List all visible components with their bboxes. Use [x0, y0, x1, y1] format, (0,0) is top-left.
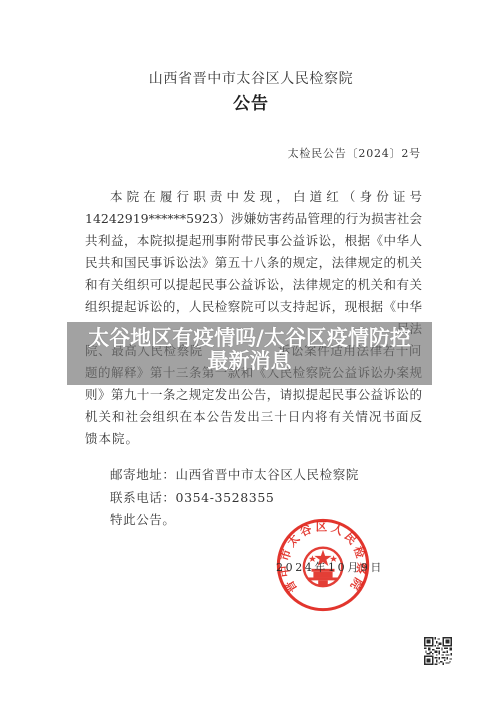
headline-overlay-banner: 太谷地区有疫情吗/太谷区疫情防控 最新消息 — [67, 322, 432, 385]
organization-title: 山西省晋中市太谷区人民检察院 — [0, 71, 500, 87]
mailing-address: 邮寄地址：山西省晋中市太谷区人民检察院 — [110, 464, 359, 487]
notice-body: 本院在履行职责中发现，白道红（身份证号 14242919******5923）涉… — [85, 186, 422, 450]
mailing-address-value: 山西省晋中市太谷区人民检察院 — [176, 467, 359, 482]
reference-number: 太检民公告〔2024〕2号 — [288, 147, 421, 160]
body-line: 和有关组织可以提起民事公益诉讼，法律规定的机关和有关 — [85, 274, 422, 296]
qr-code-icon — [424, 637, 452, 665]
headline-title: 太谷地区有疫情吗/太谷区疫情防控 — [67, 327, 432, 350]
body-line: 机关和社会组织在本公告发出三十日内将有关情况书面反 — [85, 406, 422, 428]
body-line: 本院在履行职责中发现，白道红（身份证号 — [85, 186, 422, 208]
mailing-address-label: 邮寄地址： — [110, 467, 176, 482]
contact-phone-label: 联系电话： — [110, 490, 176, 505]
body-line: 组织提起诉讼的，人民检察院可以支持起诉，现根据《中华 — [85, 296, 422, 318]
body-line: 民共和国民事诉讼法》第五十八条的规定，法律规定的机关 — [85, 252, 422, 274]
body-line: 馈本院。 — [85, 428, 422, 450]
body-line: 14242919******5923）涉嫌妨害药品管理的行为损害社会公 — [85, 208, 422, 230]
body-line: 共利益，本院拟提起刑事附带民事公益诉讼，根据《中华人 — [85, 230, 422, 252]
headline-subtitle: 最新消息 — [67, 350, 432, 373]
issue-date: 2024年10月9日 — [276, 561, 384, 574]
notice-document: 山西省晋中市太谷区人民检察院 公告 太检民公告〔2024〕2号 本院在履行职责中… — [0, 0, 500, 708]
contact-phone-value: 0354-3528355 — [176, 490, 275, 505]
document-type-heading: 公告 — [0, 95, 500, 114]
body-line: 则》第九十一条之规定发出公告，请拟提起民事公益诉讼的 — [85, 384, 422, 406]
contact-phone: 联系电话：0354-3528355 — [110, 487, 359, 510]
